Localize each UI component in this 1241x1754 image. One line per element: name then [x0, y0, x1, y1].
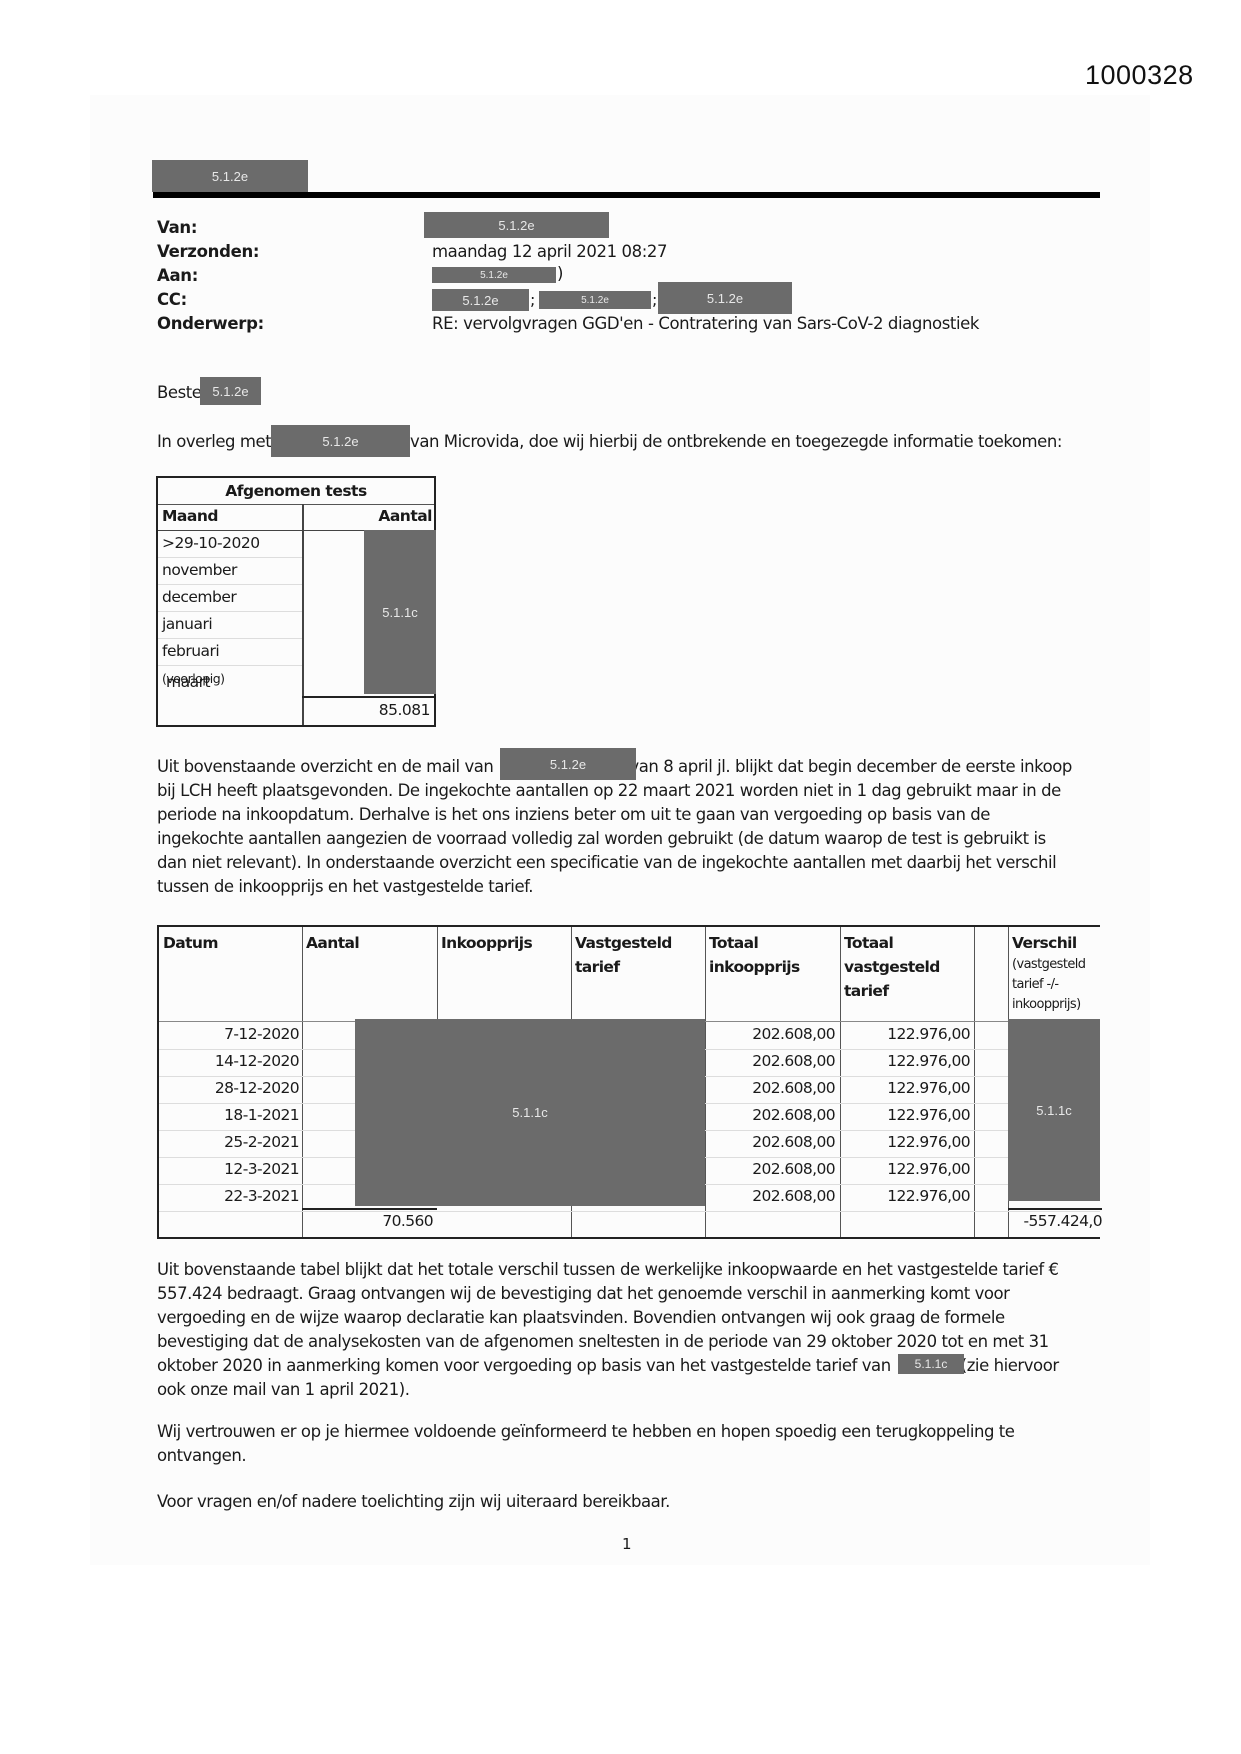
table-row: maart (voorlopig) [158, 665, 302, 692]
aan-paren: ) [557, 264, 563, 283]
verschil-redaction: 5.1.1c [1008, 1019, 1100, 1201]
label-verzonden: Verzonden: [157, 242, 259, 261]
total-line [1008, 1208, 1102, 1210]
price-redaction: 5.1.1c [355, 1019, 705, 1206]
total-verschil: -557.424,0 [1008, 1212, 1102, 1230]
cc-redaction-3: 5.1.2e [658, 282, 792, 314]
paragraph-line: Wij vertrouwen er op je hiermee voldoend… [157, 1420, 1097, 1444]
page-number: 1 [622, 1535, 632, 1553]
paragraph-line: bij LCH heeft plaatsgevonden. De ingekoc… [157, 779, 1097, 803]
table-row: >29-10-2020 [158, 530, 302, 558]
paragraph-line: bevestiging dat de analysekosten van de … [157, 1330, 1097, 1354]
aan-redaction: 5.1.2e [432, 267, 556, 283]
totaal-inkoopprijs-cell: 202.608,00 [705, 1052, 835, 1070]
month-label: december [162, 588, 236, 606]
datum-cell: 12-3-2021 [159, 1160, 299, 1178]
datum-cell: 14-12-2020 [159, 1052, 299, 1070]
header-vastgesteld-tarief: Vastgesteld tarief [575, 931, 700, 979]
tarief-redaction: 5.1.1c [898, 1354, 964, 1374]
document-page: 1000328 5.1.2e Van: 5.1.2e Verzonden: ma… [0, 0, 1241, 1754]
paragraph-closing: Wij vertrouwen er op je hiermee voldoend… [157, 1420, 1097, 1468]
sender-block-redaction: 5.1.2e [152, 160, 308, 192]
paragraph-line: dan niet relevant). In onderstaande over… [157, 851, 1097, 875]
cc-redaction-1: 5.1.2e [432, 289, 529, 311]
totaal-inkoopprijs-cell: 202.608,00 [705, 1106, 835, 1124]
totaal-vastgesteld-cell: 122.976,00 [840, 1079, 970, 1097]
total-line [302, 1208, 437, 1210]
salutation: Beste [157, 383, 201, 402]
datum-cell: 22-3-2021 [159, 1187, 299, 1205]
totaal-vastgesteld-cell: 122.976,00 [840, 1187, 970, 1205]
aantal-redaction: 5.1.1c [364, 530, 436, 694]
paragraph-contact: Voor vragen en/of nadere toelichting zij… [157, 1492, 670, 1511]
cc-separator: ; [530, 290, 535, 309]
totaal-vastgesteld-cell: 122.976,00 [840, 1106, 970, 1124]
totaal-vastgesteld-cell: 122.976,00 [840, 1133, 970, 1151]
intro-after: van Microvida, doe wij hierbij de ontbre… [410, 432, 1062, 451]
document-number: 1000328 [1085, 60, 1194, 91]
header-aantal: Aantal [378, 507, 432, 525]
label-cc: CC: [157, 290, 187, 309]
mail-from-redaction: 5.1.2e [500, 748, 636, 780]
totaal-inkoopprijs-cell: 202.608,00 [705, 1187, 835, 1205]
paragraph-line: ingekochte aantallen aangezien de voorra… [157, 827, 1097, 851]
header-rule [153, 192, 1100, 198]
subject: RE: vervolgvragen GGD'en - Contratering … [432, 314, 979, 333]
month-label: november [162, 561, 237, 579]
intro-before: In overleg met [157, 432, 271, 451]
intro-redaction: 5.1.2e [271, 425, 410, 457]
header-datum: Datum [163, 931, 218, 955]
totaal-inkoopprijs-cell: 202.608,00 [705, 1079, 835, 1097]
header-verschil: Verschil (vastgesteld tarief -/- inkoopp… [1012, 931, 1102, 1015]
month-label: februari [162, 642, 219, 660]
totaal-inkoopprijs-cell: 202.608,00 [705, 1025, 835, 1043]
table-row: februari [158, 638, 302, 666]
tests-table-title: Afgenomen tests [158, 478, 434, 505]
tests-table-header: Maand Aantal [158, 504, 434, 531]
header-totaal-inkoopprijs: Totaal inkoopprijs [709, 931, 834, 979]
month-label: januari [162, 615, 212, 633]
sent-date: maandag 12 april 2021 08:27 [432, 242, 667, 261]
header-totaal-vastgesteld: Totaal vastgesteld tarief [844, 931, 969, 1003]
totaal-vastgesteld-cell: 122.976,00 [840, 1025, 970, 1043]
month-label: maart (voorlopig) [162, 669, 225, 687]
paragraph-line: periode na inkoopdatum. Derhalve is het … [157, 803, 1097, 827]
paragraph-conclusion: Uit bovenstaande tabel blijkt dat het to… [157, 1258, 1097, 1402]
paragraph-line: Uit bovenstaande tabel blijkt dat het to… [157, 1258, 1097, 1282]
column-divider [302, 504, 304, 725]
paragraph-line: vergoeding en de wijze waarop declaratie… [157, 1306, 1097, 1330]
totaal-vastgesteld-cell: 122.976,00 [840, 1160, 970, 1178]
datum-cell: 28-12-2020 [159, 1079, 299, 1097]
paragraph-line: ook onze mail van 1 april 2021). [157, 1378, 1097, 1402]
label-van: Van: [157, 218, 197, 237]
header-maand: Maand [162, 507, 218, 525]
paragraph-line: tussen de inkoopprijs en het vastgesteld… [157, 875, 1097, 899]
cc-redaction-2: 5.1.2e [539, 291, 651, 309]
datum-cell: 18-1-2021 [159, 1106, 299, 1124]
column-divider [437, 927, 438, 1021]
total-line [302, 696, 436, 698]
month-label: >29-10-2020 [162, 534, 260, 552]
cc-separator: ; [652, 290, 657, 309]
table-row: december [158, 584, 302, 612]
totaal-vastgesteld-cell: 122.976,00 [840, 1052, 970, 1070]
table-row: november [158, 557, 302, 585]
salutation-redaction: 5.1.2e [200, 377, 261, 405]
van-redaction: 5.1.2e [424, 212, 609, 238]
paragraph-line: 557.424 bedraagt. Graag ontvangen wij de… [157, 1282, 1097, 1306]
datum-cell: 7-12-2020 [159, 1025, 299, 1043]
totaal-inkoopprijs-cell: 202.608,00 [705, 1133, 835, 1151]
table-row: januari [158, 611, 302, 639]
tests-total: 85.081 [379, 701, 430, 719]
datum-cell: 25-2-2021 [159, 1133, 299, 1151]
label-aan: Aan: [157, 266, 198, 285]
header-aantal: Aantal [306, 931, 359, 955]
label-onderwerp: Onderwerp: [157, 314, 264, 333]
paragraph-line: ontvangen. [157, 1444, 1097, 1468]
totaal-inkoopprijs-cell: 202.608,00 [705, 1160, 835, 1178]
total-aantal: 70.560 [302, 1212, 433, 1230]
header-inkoopprijs: Inkoopprijs [441, 931, 532, 955]
